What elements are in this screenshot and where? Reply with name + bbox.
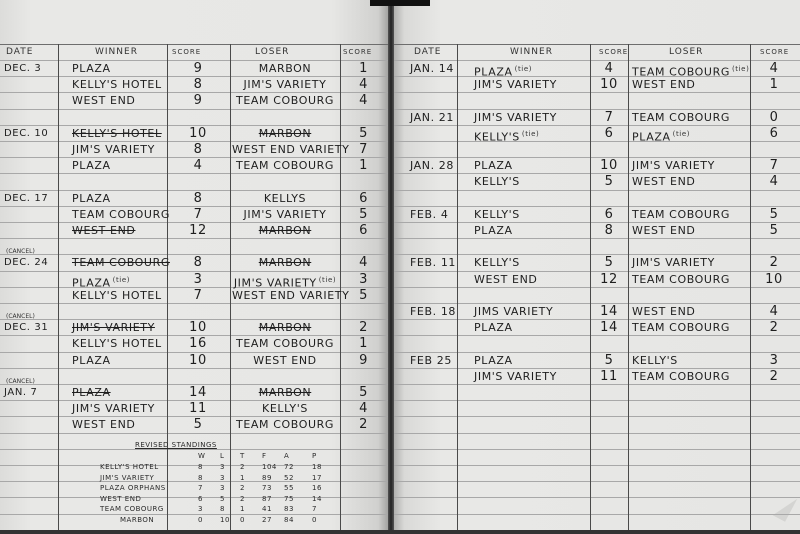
loser-score: 4 — [752, 174, 796, 190]
winner-score: 16 — [168, 336, 228, 352]
spine-shadow — [370, 0, 430, 6]
winner-score: 11 — [591, 369, 627, 385]
loser-score: 5 — [341, 126, 386, 142]
loser-score: 2 — [341, 417, 386, 433]
standings-value: 16 — [312, 483, 322, 493]
week-date: FEB. 4 — [410, 207, 456, 223]
loser-team: TEAM COBOURG — [232, 417, 338, 433]
winner-score: 7 — [168, 207, 228, 223]
standings-value: 14 — [312, 494, 322, 504]
standings-team: JIM'S VARIETY — [100, 473, 154, 483]
ledger-left-page: DATE WINNER SCORE LOSER SCORE DEC. 3PLAZ… — [0, 0, 390, 534]
standings-value: 2 — [240, 462, 245, 472]
winner-team: PLAZA — [72, 385, 167, 401]
winner-score: 14 — [168, 385, 228, 401]
winner-team: PLAZA — [72, 191, 167, 207]
standings-value: 104 — [262, 462, 277, 472]
loser-score: 2 — [752, 320, 796, 336]
ledger-right-page: DATE WINNER SCORE LOSER SCORE JAN. 14PLA… — [392, 0, 800, 534]
standings-value: 83 — [284, 504, 294, 514]
winner-score: 10 — [168, 320, 228, 336]
week-date: JAN. 21 — [410, 110, 456, 126]
standings-header: L — [220, 451, 224, 461]
standings-header: F — [262, 451, 267, 461]
standings-value: 75 — [284, 494, 294, 504]
standings-value: 18 — [312, 462, 322, 472]
winner-team: KELLY'S HOTEL — [72, 77, 167, 93]
standings-value: 89 — [262, 473, 272, 483]
winner-score: 8 — [591, 223, 627, 239]
loser-team: TEAM COBOURG — [632, 272, 748, 288]
standings-value: 55 — [284, 483, 294, 493]
standings-value: 5 — [220, 494, 225, 504]
loser-team: MARBON — [232, 223, 338, 239]
loser-team: MARBON — [232, 385, 338, 401]
loser-team: MARBON — [232, 255, 338, 271]
standings-header: T — [240, 451, 245, 461]
week-date: FEB 25 — [410, 353, 456, 369]
week-date: DEC. 10 — [4, 126, 56, 142]
winner-team: PLAZA — [474, 353, 589, 369]
loser-team: TEAM COBOURG — [632, 207, 748, 223]
standings-value: 41 — [262, 504, 272, 514]
winner-score: 5 — [168, 417, 228, 433]
week-date: DEC. 3 — [4, 61, 56, 77]
week-date: DEC. 24 — [4, 255, 56, 271]
loser-score: 6 — [752, 126, 796, 142]
winner-team: PLAZA — [72, 353, 167, 369]
loser-score: 5 — [341, 207, 386, 223]
week-date: JAN. 14 — [410, 61, 456, 77]
column-divider — [628, 44, 629, 534]
winner-score: 10 — [591, 158, 627, 174]
week-date: JAN. 28 — [410, 158, 456, 174]
loser-score: 7 — [752, 158, 796, 174]
loser-team: WEST END — [632, 304, 748, 320]
loser-team: JIM'S VARIETY — [632, 158, 748, 174]
ruled-line — [392, 514, 800, 515]
ruled-line — [392, 449, 800, 450]
winner-team: PLAZA — [474, 158, 589, 174]
winner-team: JIM'S VARIETY — [72, 401, 167, 417]
standings-team: KELLY'S HOTEL — [100, 462, 159, 472]
standings-value: 1 — [240, 473, 245, 483]
winner-score: 14 — [591, 320, 627, 336]
page-bottom-edge — [0, 530, 800, 534]
tie-note: (tie) — [515, 65, 532, 73]
standings-value: 87 — [262, 494, 272, 504]
loser-team: WEST END — [232, 353, 338, 369]
loser-score: 9 — [341, 353, 386, 369]
winner-score: 14 — [591, 304, 627, 320]
winner-team: WEST END — [72, 223, 167, 239]
loser-score: 1 — [341, 336, 386, 352]
tie-note: (tie) — [673, 130, 690, 138]
cancelled-label: (CANCEL) — [6, 248, 35, 255]
winner-score: 4 — [168, 158, 228, 174]
header-rule — [392, 44, 800, 45]
winner-team: KELLY'S HOTEL — [72, 336, 167, 352]
standings-value: 8 — [220, 504, 225, 514]
loser-score: 4 — [752, 304, 796, 320]
loser-team: TEAM COBOURG(tie) — [632, 61, 748, 77]
loser-column-header: LOSER — [255, 46, 289, 58]
standings-value: 0 — [240, 515, 245, 525]
winner-score: 4 — [591, 61, 627, 77]
standings-value: 3 — [220, 462, 225, 472]
loser-column-header: LOSER — [669, 46, 703, 58]
loser-score: 2 — [752, 255, 796, 271]
loser-score: 5 — [341, 288, 386, 304]
loser-score: 3 — [341, 272, 386, 288]
winner-team: WEST END — [72, 417, 167, 433]
loser-team: MARBON — [232, 126, 338, 142]
loser-team: WEST END — [632, 77, 748, 93]
winner-score: 10 — [591, 77, 627, 93]
ruled-line — [392, 481, 800, 482]
standings-value: 1 — [240, 504, 245, 514]
week-date: FEB. 11 — [410, 255, 456, 271]
winner-score: 6 — [591, 207, 627, 223]
winner-score: 6 — [591, 126, 627, 142]
loser-score: 4 — [341, 93, 386, 109]
tie-note: (tie) — [319, 276, 336, 284]
week-date: DEC. 17 — [4, 191, 56, 207]
standings-value: 72 — [284, 462, 294, 472]
column-divider — [457, 44, 458, 534]
standings-value: 10 — [220, 515, 230, 525]
loser-team: TEAM COBOURG — [632, 320, 748, 336]
standings-value: 0 — [312, 515, 317, 525]
loser-team: JIM'S VARIETY — [232, 207, 338, 223]
winner-team: JIM'S VARIETY — [474, 110, 589, 126]
winner-score-column-header: SCORE — [172, 46, 201, 58]
loser-score: 4 — [341, 77, 386, 93]
loser-team: KELLYS — [232, 191, 338, 207]
ruled-line — [392, 433, 800, 434]
loser-team: WEST END VARIETY — [232, 288, 338, 304]
winner-team: PLAZA — [72, 158, 167, 174]
winner-team: PLAZA — [474, 223, 589, 239]
winner-score: 5 — [591, 174, 627, 190]
loser-team: JIM'S VARIETY — [232, 77, 338, 93]
tie-note: (tie) — [732, 65, 749, 73]
winner-team: KELLY'S — [474, 174, 589, 190]
loser-score: 5 — [752, 207, 796, 223]
standings-team: MARBON — [120, 515, 154, 525]
loser-team: KELLY'S — [232, 401, 338, 417]
standings-value: 8 — [198, 473, 203, 483]
loser-score: 10 — [752, 272, 796, 288]
standings-team: WEST END — [100, 494, 141, 504]
winner-column-header: WINNER — [95, 46, 138, 58]
winner-team: PLAZA(tie) — [72, 272, 167, 288]
winner-score: 10 — [168, 353, 228, 369]
winner-team: KELLY'S HOTEL — [72, 288, 167, 304]
loser-team: WEST END — [632, 174, 748, 190]
column-divider — [58, 44, 59, 534]
loser-score-column-header: SCORE — [343, 46, 372, 58]
winner-score: 3 — [168, 272, 228, 288]
winner-score: 10 — [168, 126, 228, 142]
standings-value: 6 — [198, 494, 203, 504]
date-column-header: DATE — [6, 46, 33, 58]
winner-team: JIM'S VARIETY — [72, 320, 167, 336]
date-column-header: DATE — [414, 46, 441, 58]
winner-team: JIMS VARIETY — [474, 304, 589, 320]
winner-team: KELLY'S — [474, 255, 589, 271]
standings-header: A — [284, 451, 289, 461]
standings-value: 17 — [312, 473, 322, 483]
standings-value: 7 — [312, 504, 317, 514]
winner-team: TEAM COBOURG — [72, 207, 167, 223]
standings-value: 3 — [220, 483, 225, 493]
winner-team: PLAZA — [474, 320, 589, 336]
week-date: DEC. 31 — [4, 320, 56, 336]
standings-value: 0 — [198, 515, 203, 525]
loser-score: 6 — [341, 191, 386, 207]
standings-value: 2 — [240, 483, 245, 493]
loser-score: 4 — [341, 255, 386, 271]
winner-score: 12 — [168, 223, 228, 239]
ruled-line — [392, 400, 800, 401]
loser-team: TEAM COBOURG — [232, 336, 338, 352]
loser-score: 5 — [341, 385, 386, 401]
winner-score: 7 — [168, 288, 228, 304]
tie-note: (tie) — [522, 130, 539, 138]
loser-score: 6 — [341, 223, 386, 239]
loser-team: TEAM COBOURG — [232, 158, 338, 174]
loser-score: 2 — [752, 369, 796, 385]
loser-score: 3 — [752, 353, 796, 369]
tie-note: (tie) — [113, 276, 130, 284]
winner-score: 5 — [591, 255, 627, 271]
loser-team: TEAM COBOURG — [232, 93, 338, 109]
loser-team: TEAM COBOURG — [632, 110, 748, 126]
winner-team: WEST END — [474, 272, 589, 288]
loser-team: WEST END VARIETY — [232, 142, 338, 158]
standings-value: 8 — [198, 462, 203, 472]
loser-team: MARBON — [232, 61, 338, 77]
winner-score: 12 — [591, 272, 627, 288]
loser-team: KELLY'S — [632, 353, 748, 369]
standings-team: TEAM COBOURG — [100, 504, 164, 514]
loser-team: JIM'S VARIETY(tie) — [232, 272, 338, 288]
winner-score: 11 — [168, 401, 228, 417]
winner-team: JIM'S VARIETY — [474, 77, 589, 93]
standings-value: 7 — [198, 483, 203, 493]
standings-value: 2 — [240, 494, 245, 504]
standings-value: 27 — [262, 515, 272, 525]
loser-team: WEST END — [632, 223, 748, 239]
winner-team: TEAM COBOURG — [72, 255, 167, 271]
standings-team: PLAZA ORPHANS — [100, 483, 166, 493]
loser-score: 1 — [341, 158, 386, 174]
winner-team: PLAZA(tie) — [474, 61, 589, 77]
loser-team: TEAM COBOURG — [632, 369, 748, 385]
winner-score: 9 — [168, 61, 228, 77]
winner-team: KELLY'S(tie) — [474, 126, 589, 142]
winner-score: 9 — [168, 93, 228, 109]
loser-score: 7 — [341, 142, 386, 158]
loser-team: MARBON — [232, 320, 338, 336]
week-date: JAN. 7 — [4, 385, 56, 401]
loser-score: 4 — [752, 61, 796, 77]
column-divider — [750, 44, 751, 534]
notebook-spine — [388, 0, 394, 534]
loser-score: 2 — [341, 320, 386, 336]
winner-team: PLAZA — [72, 61, 167, 77]
ruled-line — [392, 416, 800, 417]
winner-score: 8 — [168, 191, 228, 207]
standings-value: 52 — [284, 473, 294, 483]
cancelled-label: (CANCEL) — [6, 313, 35, 320]
loser-score: 1 — [752, 77, 796, 93]
winner-team: KELLY'S HOTEL — [72, 126, 167, 142]
winner-score: 8 — [168, 142, 228, 158]
winner-score: 8 — [168, 255, 228, 271]
standings-value: 73 — [262, 483, 272, 493]
standings-value: 3 — [198, 504, 203, 514]
standings-value: 3 — [220, 473, 225, 483]
standings-header: P — [312, 451, 317, 461]
winner-team: KELLY'S — [474, 207, 589, 223]
ruled-line — [392, 465, 800, 466]
loser-score-column-header: SCORE — [760, 46, 789, 58]
loser-score: 4 — [341, 401, 386, 417]
week-date: FEB. 18 — [410, 304, 456, 320]
standings-header: W — [198, 451, 205, 461]
column-divider — [230, 44, 231, 534]
loser-score: 5 — [752, 223, 796, 239]
winner-score: 5 — [591, 353, 627, 369]
loser-team: PLAZA(tie) — [632, 126, 748, 142]
winner-score-column-header: SCORE — [599, 46, 628, 58]
winner-team: JIM'S VARIETY — [72, 142, 167, 158]
standings-value: 84 — [284, 515, 294, 525]
winner-column-header: WINNER — [510, 46, 553, 58]
standings-title: REVISED STANDINGS — [135, 440, 217, 450]
winner-team: WEST END — [72, 93, 167, 109]
loser-score: 1 — [341, 61, 386, 77]
winner-score: 7 — [591, 110, 627, 126]
loser-team: JIM'S VARIETY — [632, 255, 748, 271]
loser-score: 0 — [752, 110, 796, 126]
ruled-line — [392, 497, 800, 498]
cancelled-label: (CANCEL) — [6, 378, 35, 385]
winner-team: JIM'S VARIETY — [474, 369, 589, 385]
winner-score: 8 — [168, 77, 228, 93]
